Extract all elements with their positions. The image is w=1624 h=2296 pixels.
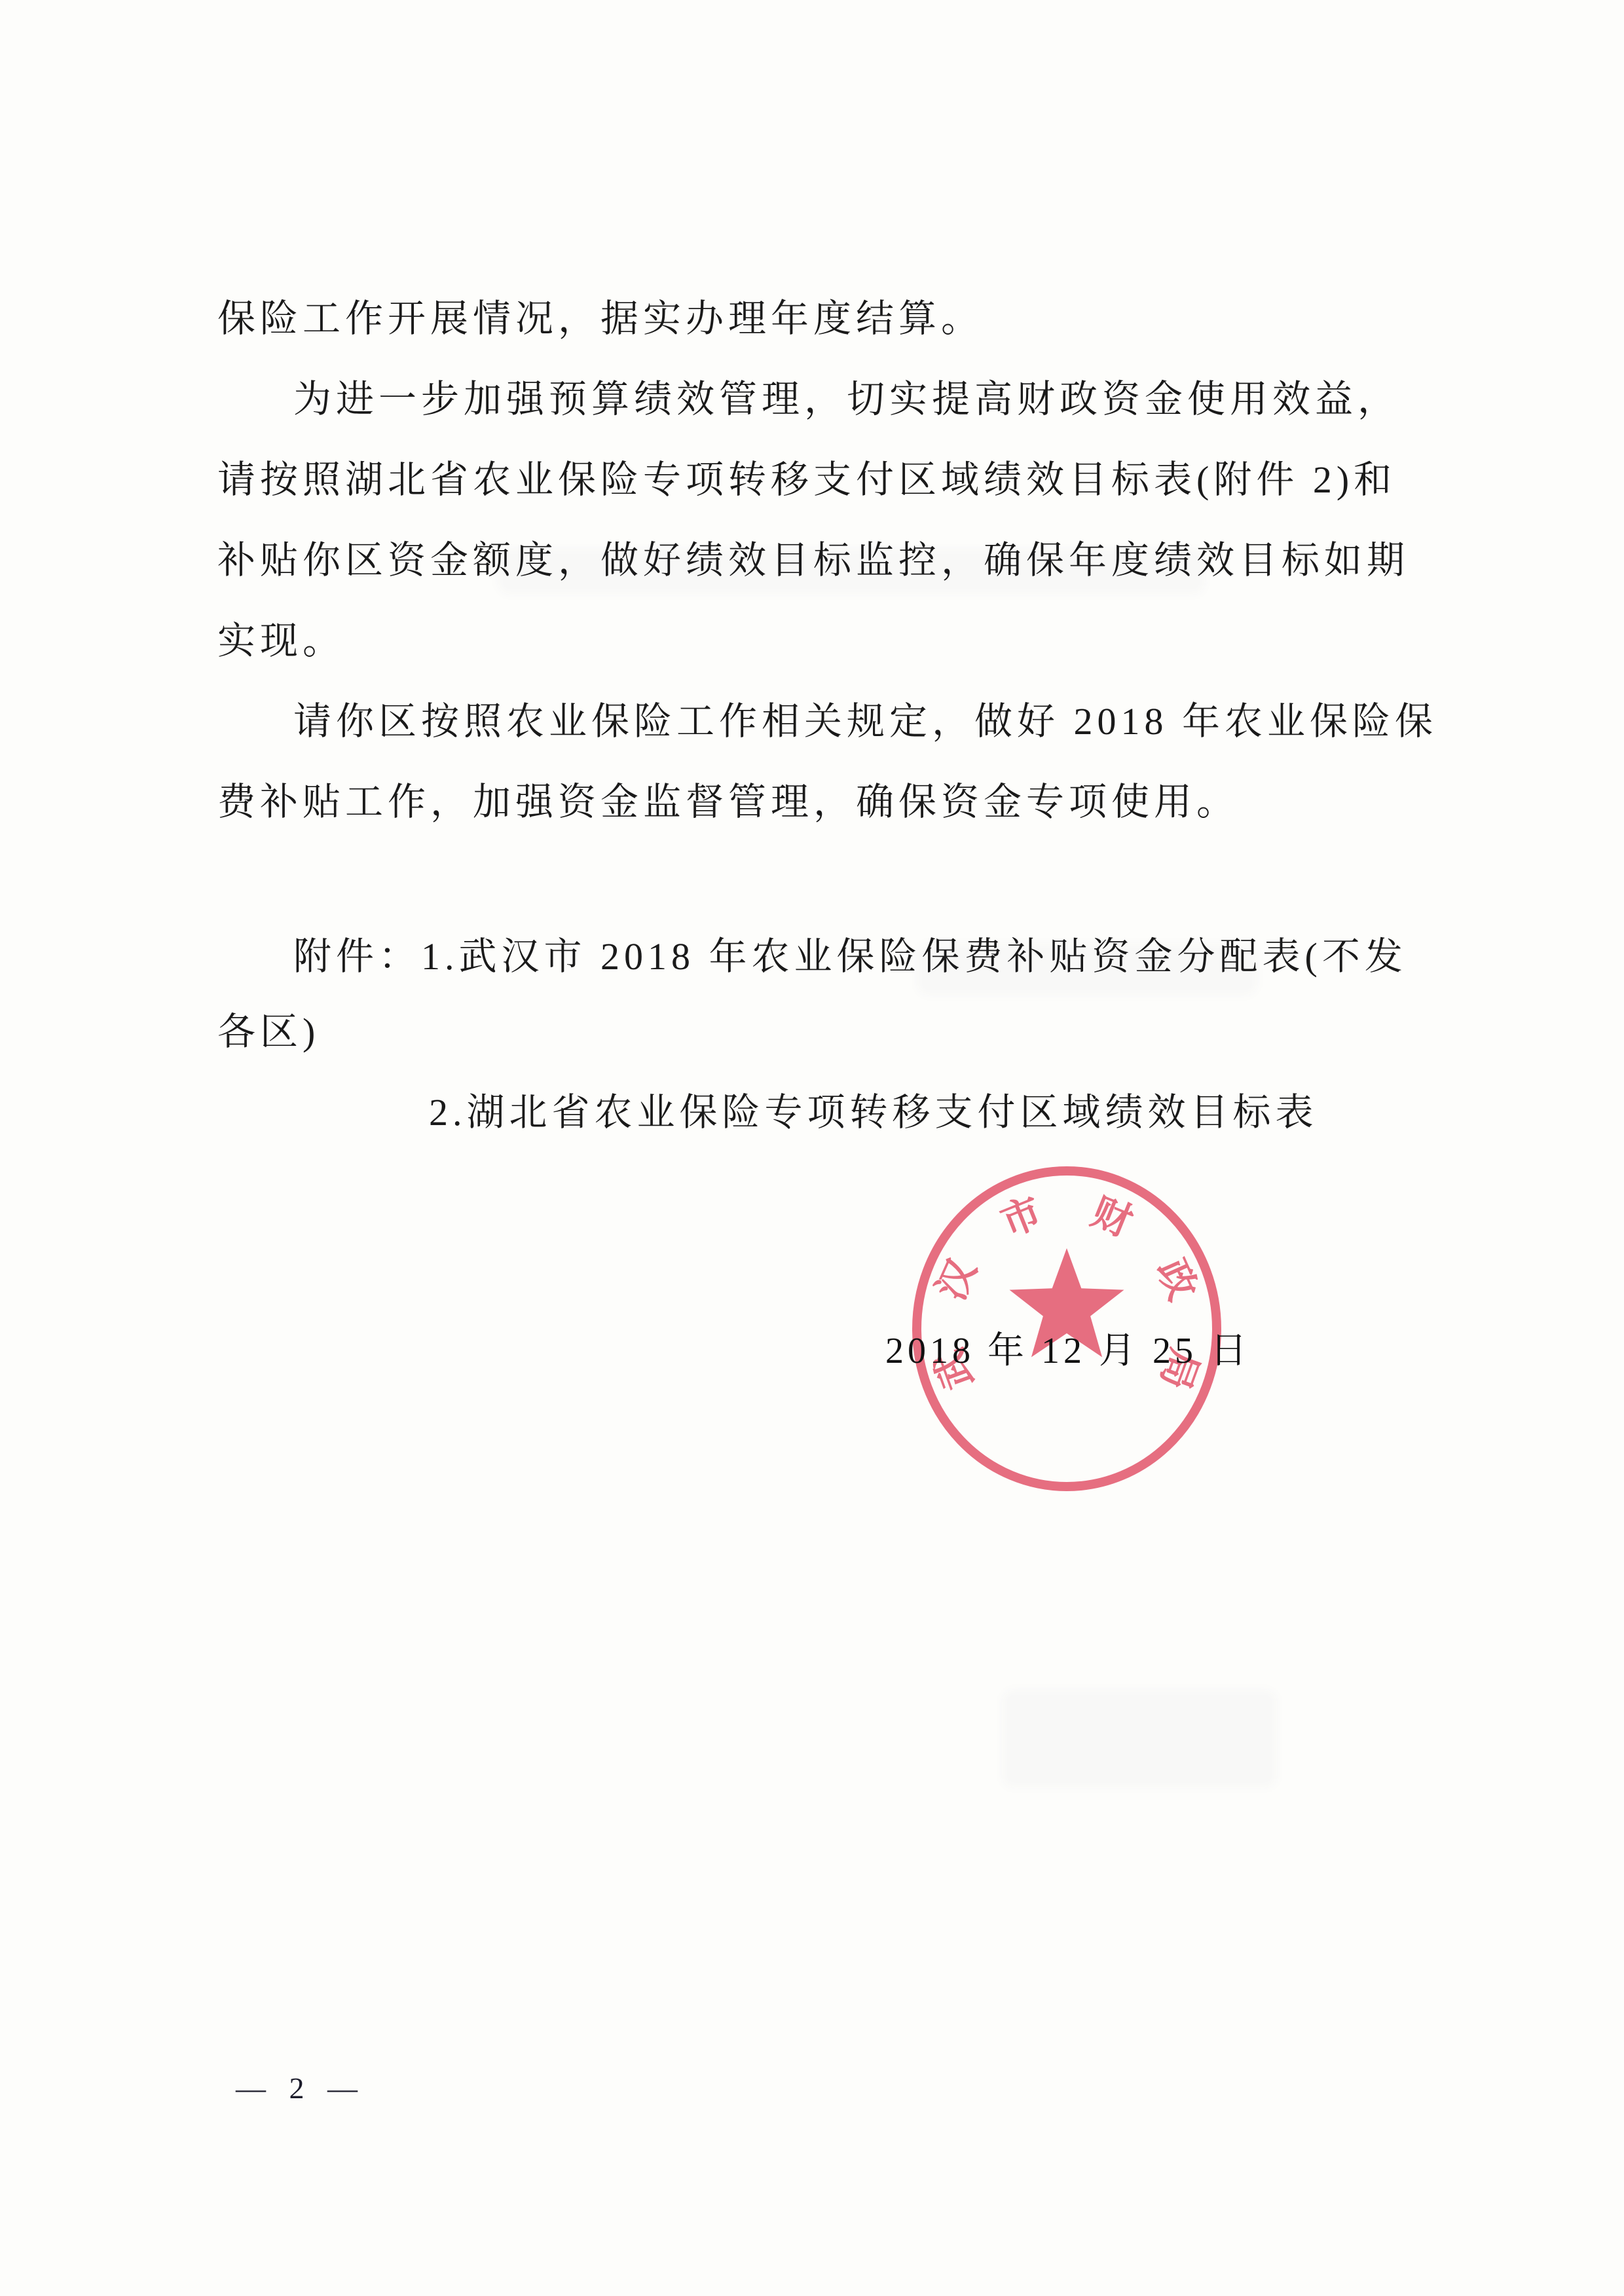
page-number: — 2 — [236,2071,365,2105]
scan-artifact [498,549,1205,595]
seal-char: 政 [1149,1253,1205,1306]
body-line: 请按照湖北省农业保险专项转移支付区域绩效目标表(附件 2)和 [217,460,1396,500]
seal-char: 汉 [929,1252,985,1306]
attachment-line: 各区) [217,1012,320,1052]
document-page: 保险工作开展情况，据实办理年度结算。 为进一步加强预算绩效管理，切实提高财政资金… [0,0,1624,2296]
body-line: 为进一步加强预算绩效管理，切实提高财政资金使用效益， [293,379,1400,420]
seal-char: 市 [995,1190,1048,1245]
body-line: 实现。 [217,621,345,661]
attachment-line: 2.湖北省农业保险专项转移支付区域绩效目标表 [429,1092,1318,1133]
seal-char: 财 [1086,1190,1138,1245]
issue-date: 2018 年 12 月 25 日 [885,1322,1251,1374]
body-line: 请你区按照农业保险工作相关规定，做好 2018 年农业保险保 [293,701,1437,742]
body-line: 保险工作开展情况，据实办理年度结算。 [217,299,984,339]
body-line: 费补贴工作，加强资金监督管理，确保资金专项使用。 [217,782,1239,823]
scan-artifact [917,943,1257,995]
scan-artifact [1002,1690,1277,1788]
